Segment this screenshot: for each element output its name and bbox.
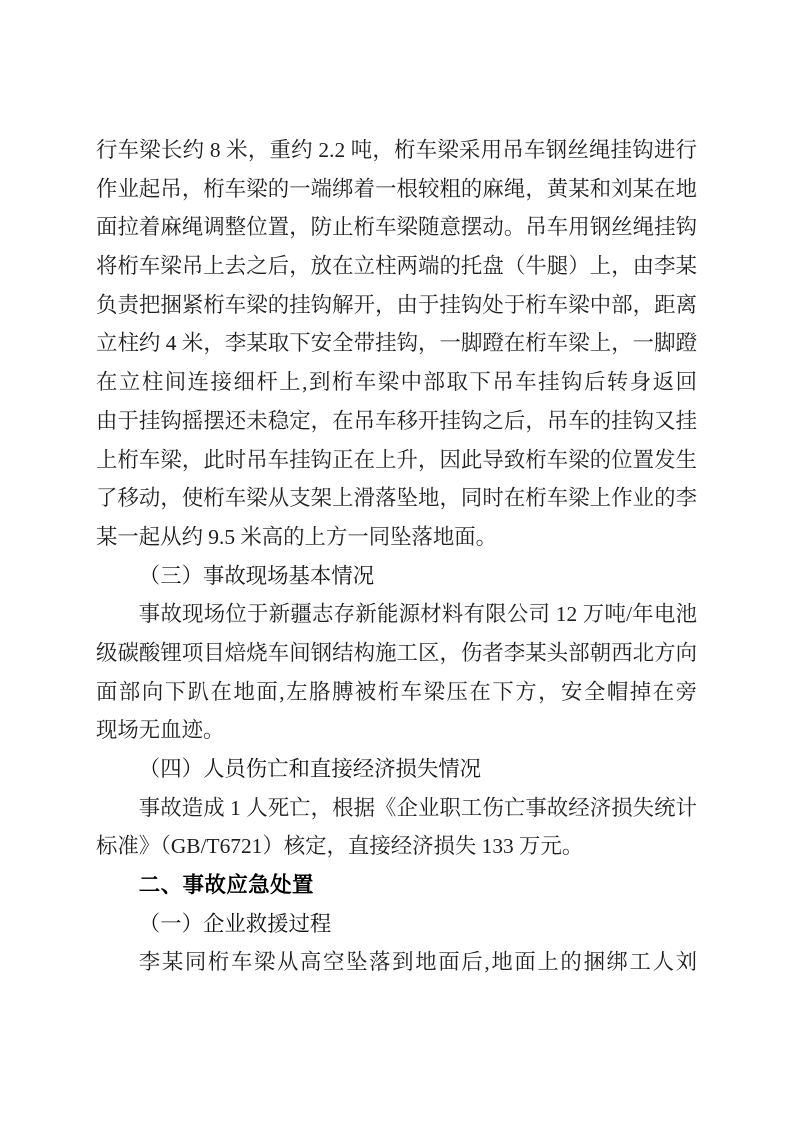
body-line: 李某同桁车梁从高空坠落到地面后,地面上的捆绑工人刘某、 xyxy=(96,943,697,982)
body-line: 在立柱间连接细杆上,到桁车梁中部取下吊车挂钩后转身返回时， xyxy=(96,363,697,402)
body-line: 将桁车梁吊上去之后，放在立柱两端的托盘（牛腿）上，由李某 xyxy=(96,247,697,286)
subsection-heading-rescue: （一）企业救援过程 xyxy=(96,905,697,944)
body-line: 面拉着麻绳调整位置，防止桁车梁随意摆动。吊车用钢丝绳挂钩 xyxy=(96,208,697,247)
body-line: 面部向下趴在地面,左胳膊被桁车梁压在下方，安全帽掉在旁边， xyxy=(96,673,697,712)
subsection-heading-casualty: （四）人员伤亡和直接经济损失情况 xyxy=(96,750,697,789)
body-line: 上桁车梁，此时吊车挂钩正在上升，因此导致桁车梁的位置发生 xyxy=(96,441,697,480)
body-line: 作业起吊，桁车梁的一端绑着一根较粗的麻绳，黄某和刘某在地 xyxy=(96,170,697,209)
document-body: 行车梁长约 8 米，重约 2.2 吨，桁车梁采用吊车钢丝绳挂钩进行 作业起吊，桁… xyxy=(96,131,697,982)
body-line: 事故现场位于新疆志存新能源材料有限公司 12 万吨/年电池 xyxy=(96,595,697,634)
subsection-heading-scene: （三）事故现场基本情况 xyxy=(96,557,697,596)
body-line: 某一起从约 9.5 米高的上方一同坠落地面。 xyxy=(96,518,697,557)
body-line: 级碳酸锂项目焙烧车间钢结构施工区，伤者李某头部朝西北方向 xyxy=(96,634,697,673)
body-line: 了移动，使桁车梁从支架上滑落坠地，同时在桁车梁上作业的李 xyxy=(96,479,697,518)
body-line: 立柱约 4 米，李某取下安全带挂钩，一脚蹬在桁车梁上，一脚蹬 xyxy=(96,324,697,363)
body-line: 现场无血迹。 xyxy=(96,711,697,750)
body-line: 标准》（GB/T6721）核定，直接经济损失 133 万元。 xyxy=(96,827,697,866)
chapter-heading-emergency: 二、事故应急处置 xyxy=(96,866,697,905)
body-line: 事故造成 1 人死亡，根据《企业职工伤亡事故经济损失统计 xyxy=(96,789,697,828)
body-line: 行车梁长约 8 米，重约 2.2 吨，桁车梁采用吊车钢丝绳挂钩进行 xyxy=(96,131,697,170)
body-line: 负责把捆紧桁车梁的挂钩解开，由于挂钩处于桁车梁中部，距离 xyxy=(96,286,697,325)
body-line: 由于挂钩摇摆还未稳定，在吊车移开挂钩之后，吊车的挂钩又挂 xyxy=(96,402,697,441)
document-page: 行车梁长约 8 米，重约 2.2 吨，桁车梁采用吊车钢丝绳挂钩进行 作业起吊，桁… xyxy=(0,0,793,1122)
